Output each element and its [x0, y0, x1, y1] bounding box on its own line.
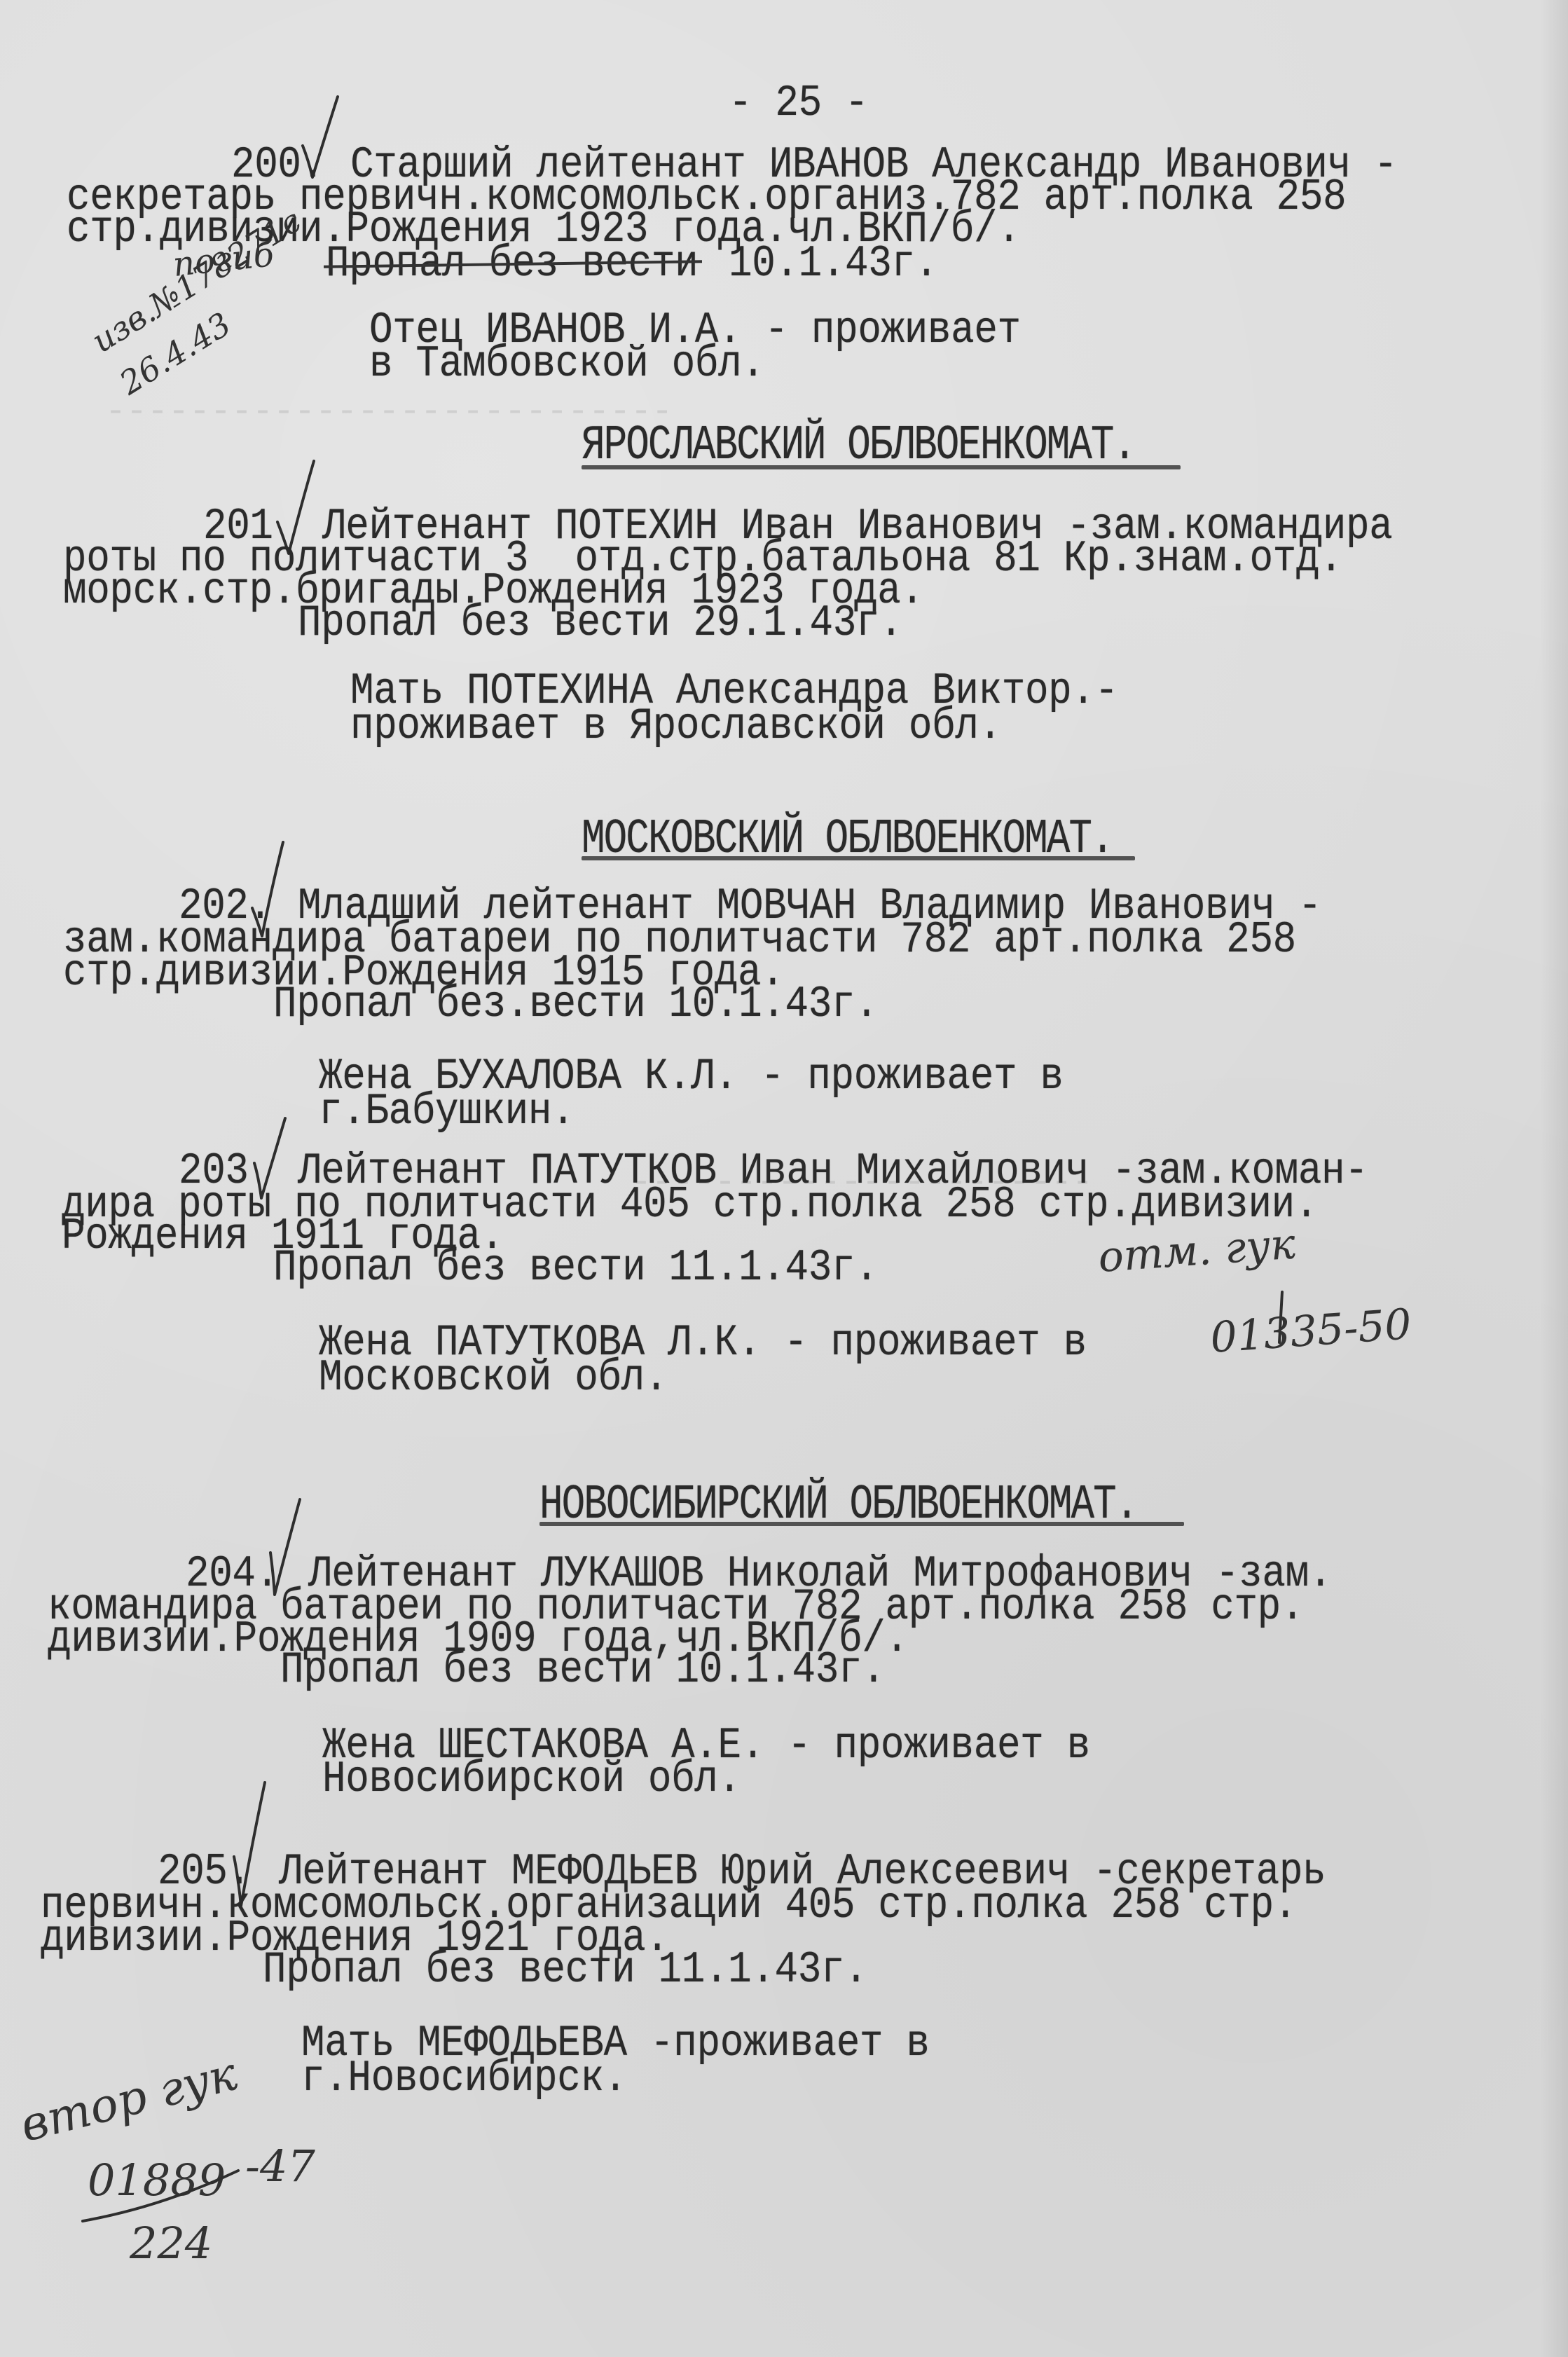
- section-underline: [582, 465, 1181, 469]
- page-edge-shadow: [1540, 0, 1568, 2357]
- entry-status: Пропал без вести 11.1.43г.: [273, 1246, 878, 1290]
- page-number: - 25 -: [729, 81, 868, 125]
- entry-status: Пропал без вести 10.1.43г.: [280, 1648, 885, 1692]
- handwritten-fraction-denominator: 224: [130, 2218, 212, 2269]
- handwritten-note: 01335-50: [1209, 1300, 1413, 1363]
- entry-status: Пропал без.вести 10.1.43г.: [273, 982, 878, 1026]
- relative-line: г.Новосибирск.: [301, 2056, 627, 2101]
- entry-status-date: 10.1.43г.: [729, 242, 938, 286]
- relative-line: Московской обл.: [319, 1356, 668, 1400]
- relative-line: г.Бабушкин.: [319, 1090, 575, 1134]
- section-underline: [582, 856, 1135, 860]
- relative-line: Новосибирской обл.: [322, 1757, 741, 1801]
- entry-status: Пропал без вести 11.1.43г.: [263, 1948, 867, 1992]
- entry-status: Пропал без вести 29.1.43г.: [298, 601, 902, 645]
- handwritten-note: втор гук: [15, 2047, 242, 2152]
- relative-line: в Тамбовской обл.: [369, 342, 765, 386]
- document-page: --------------------------- ------------…: [0, 0, 1568, 2357]
- section-heading: ЯРОСЛАВСКИЙ ОБЛВОЕНКОМАТ.: [582, 420, 1135, 469]
- relative-line: проживает в Ярославской обл.: [350, 704, 1002, 748]
- section-underline: [539, 1522, 1184, 1526]
